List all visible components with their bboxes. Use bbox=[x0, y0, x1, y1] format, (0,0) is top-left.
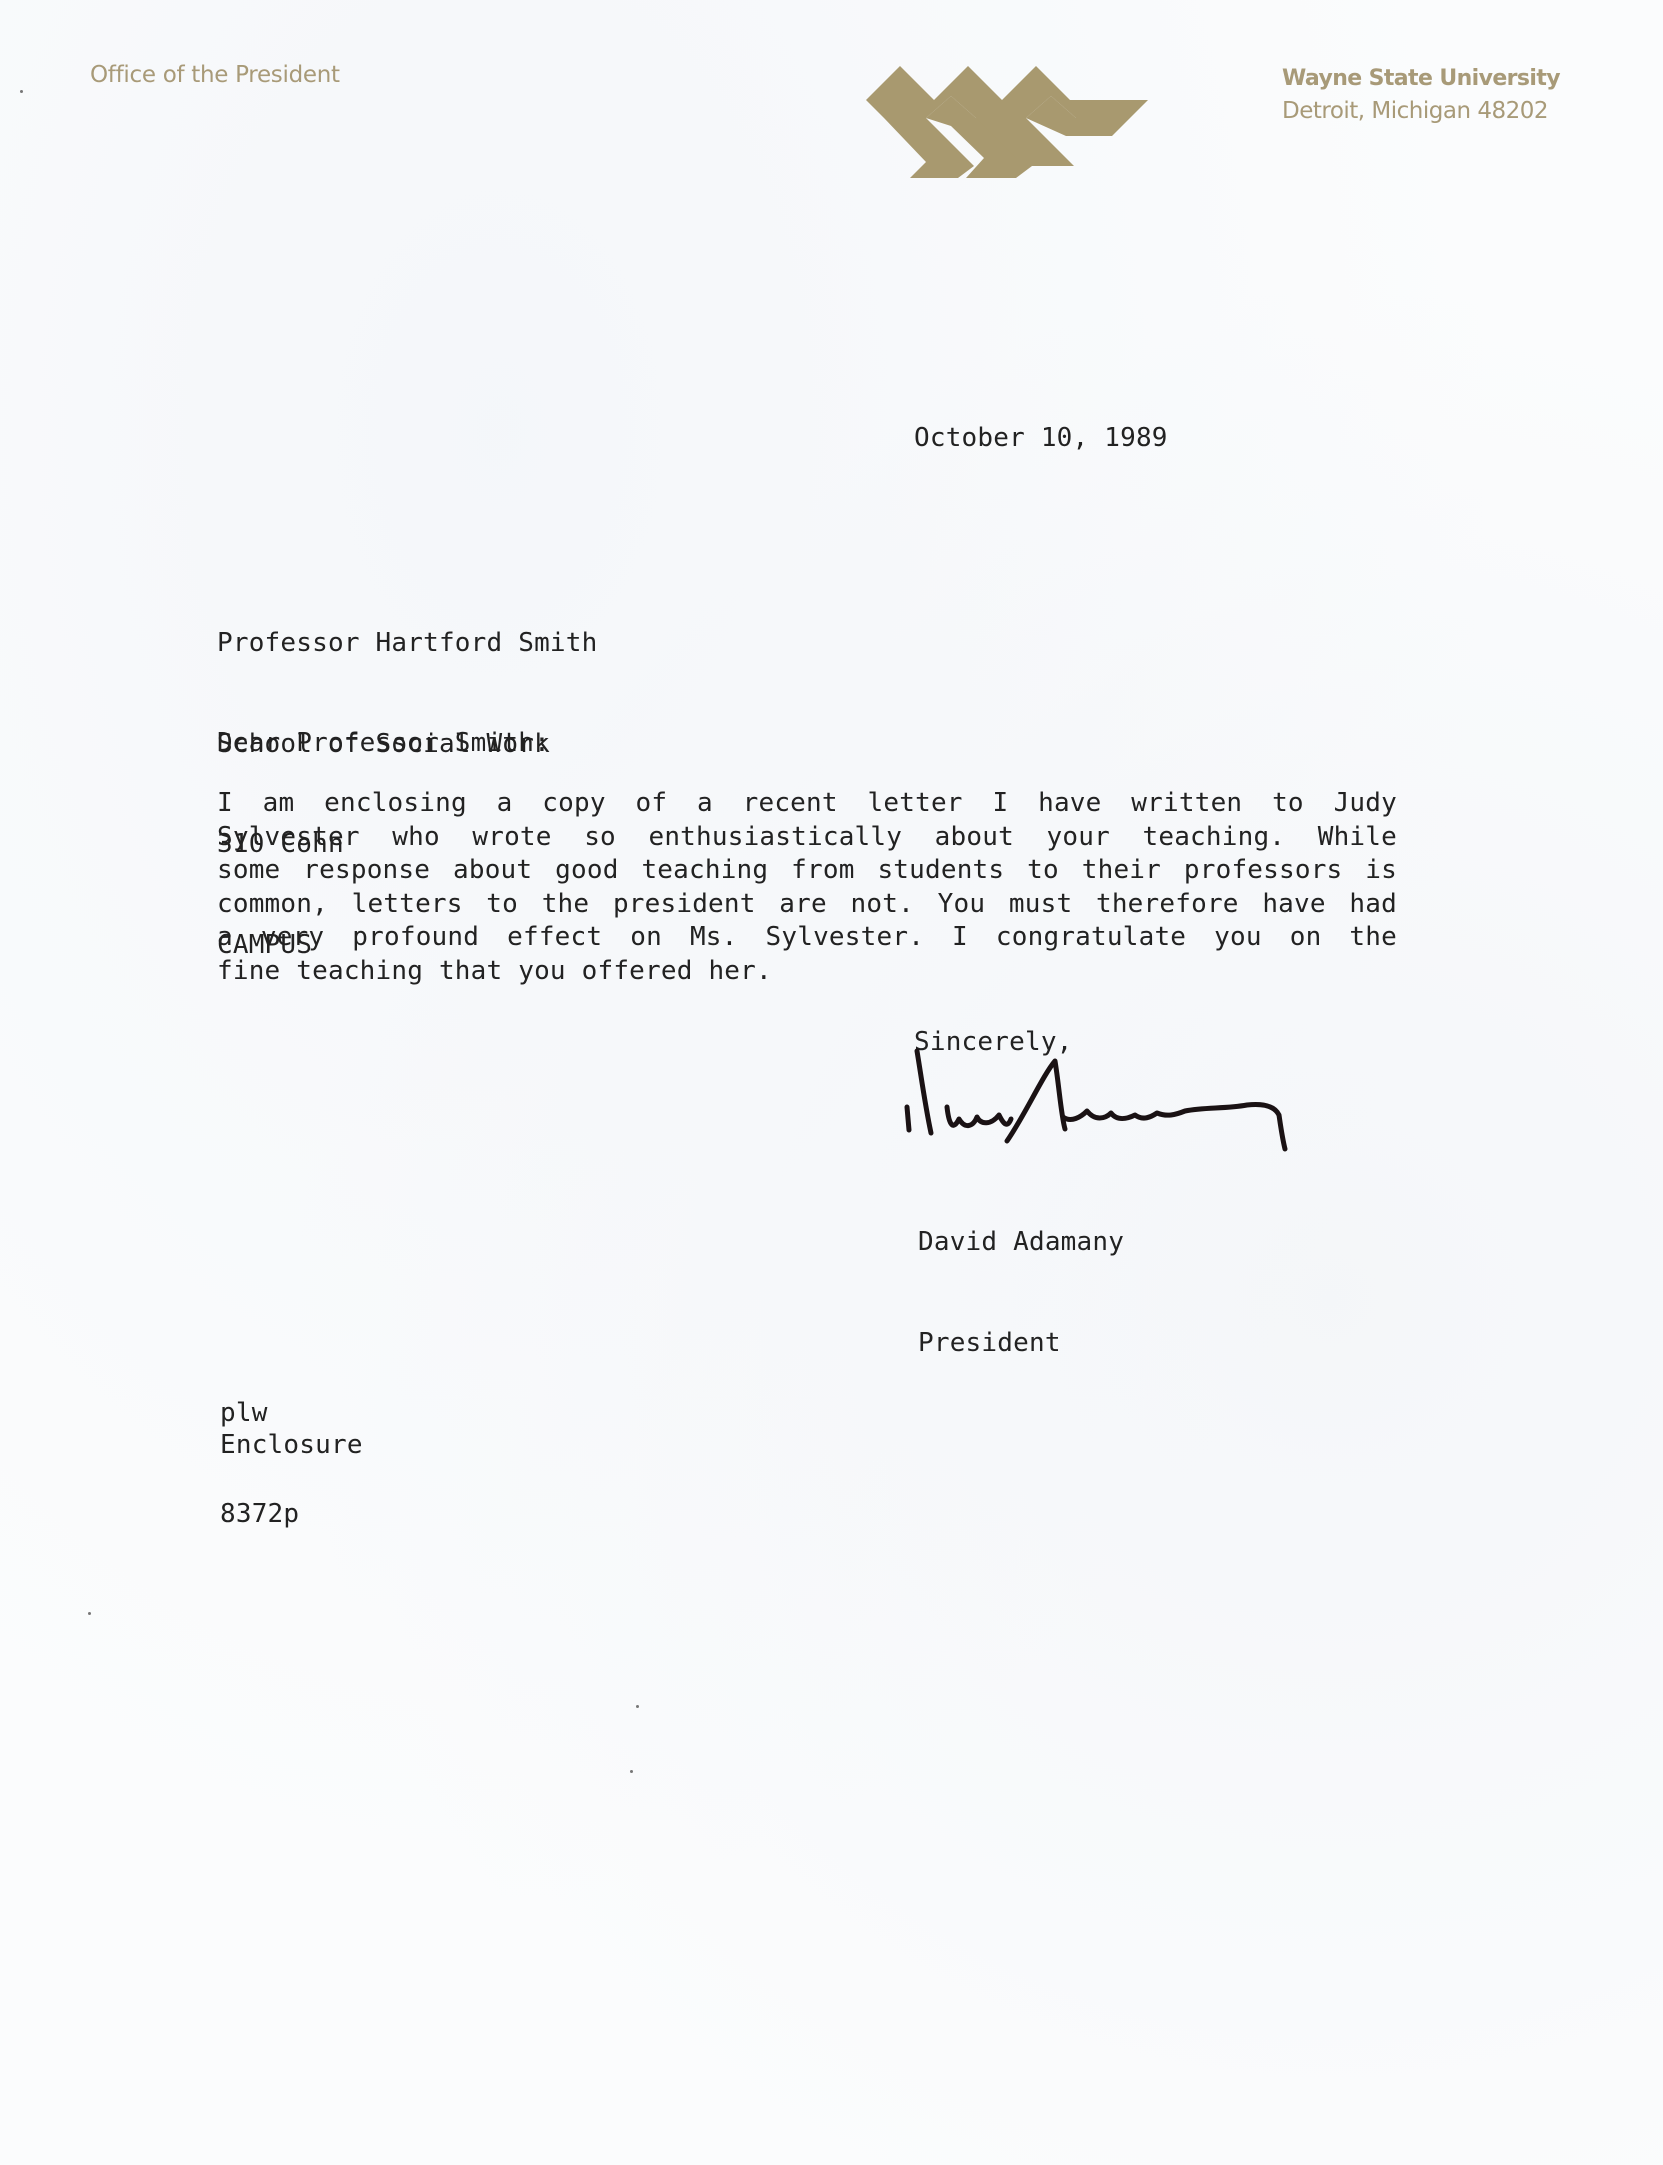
letterhead-city: Detroit, Michigan 48202 bbox=[1282, 98, 1548, 124]
recipient-line: Professor Hartford Smith bbox=[217, 627, 597, 661]
body-line: a very profound effect on Ms. Sylvester.… bbox=[217, 921, 1397, 955]
signer-title: President bbox=[918, 1327, 1124, 1361]
signer-name: David Adamany bbox=[918, 1226, 1124, 1260]
body-line: Sylvester who wrote so enthusiastically … bbox=[217, 821, 1397, 855]
enclosure-notation: Enclosure bbox=[220, 1429, 363, 1463]
paper-speck bbox=[20, 90, 23, 93]
reference-initials: plw 8372p bbox=[220, 1330, 299, 1598]
signer-block: David Adamany President bbox=[918, 1159, 1124, 1427]
paper-speck bbox=[88, 1612, 91, 1615]
letter-body: I am enclosing a copy of a recent letter… bbox=[217, 787, 1397, 988]
letterhead-university: Wayne State University bbox=[1282, 66, 1560, 91]
salutation: Dear Professor Smith: bbox=[217, 727, 550, 761]
letter-page: Office of the President Wayne State Univ… bbox=[0, 0, 1663, 2165]
document-code: 8372p bbox=[220, 1498, 299, 1532]
wayne-state-w-logo-icon bbox=[866, 66, 1148, 178]
letterhead-office: Office of the President bbox=[90, 62, 340, 88]
body-line: common, letters to the president are not… bbox=[217, 888, 1397, 922]
body-line: some response about good teaching from s… bbox=[217, 854, 1397, 888]
body-line: fine teaching that you offered her. bbox=[217, 955, 1397, 989]
body-line: I am enclosing a copy of a recent letter… bbox=[217, 787, 1397, 821]
paper-speck bbox=[630, 1770, 633, 1773]
handwritten-signature-icon bbox=[895, 1045, 1375, 1155]
letter-date: October 10, 1989 bbox=[914, 422, 1168, 456]
typist-initials: plw bbox=[220, 1397, 299, 1431]
paper-speck bbox=[636, 1705, 639, 1708]
